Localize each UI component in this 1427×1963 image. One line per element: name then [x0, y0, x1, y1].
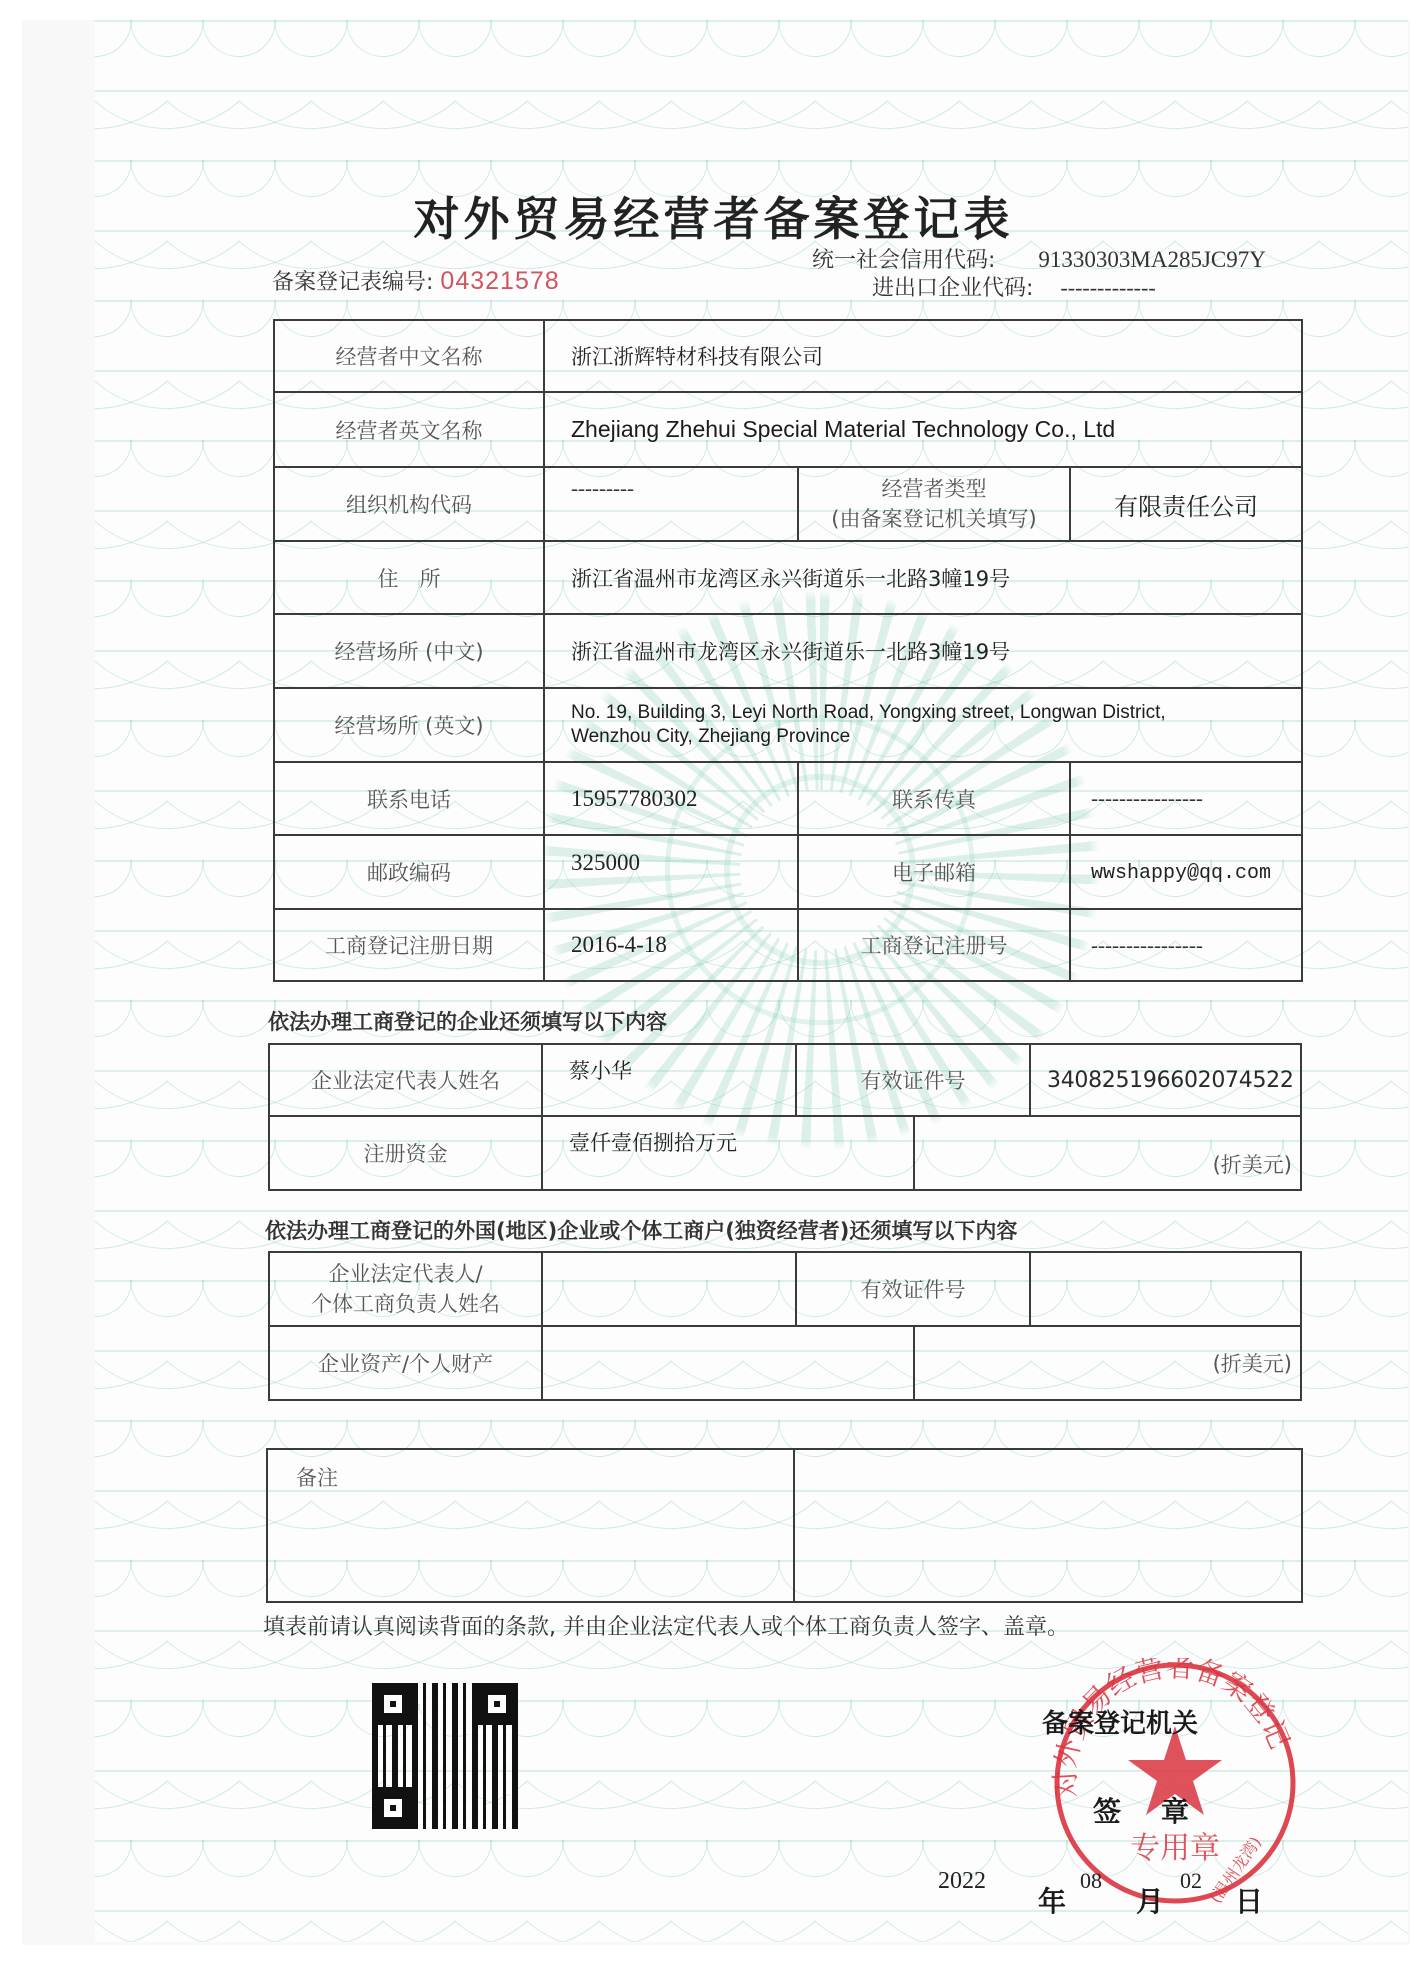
org-code-text: ---------	[571, 476, 634, 500]
chinese-name-label: 经营者中文名称	[274, 320, 544, 392]
email-label: 电子邮箱	[798, 835, 1070, 909]
foreign-rep-label-line2: 个体工商负责人姓名	[270, 1289, 541, 1319]
assets-usd-note: (折美元)	[914, 1326, 1301, 1400]
phone-value: 15957780302	[544, 762, 798, 835]
table-row: 工商登记注册日期 2016-4-18 工商登记注册号 -------------…	[274, 909, 1302, 981]
form-number: 04321578	[440, 267, 559, 295]
reg-date-text: 2016-4-18	[571, 932, 667, 957]
fax-label: 联系传真	[798, 762, 1070, 835]
date-month: 08	[1080, 1868, 1102, 1894]
chinese-name-value: 浙江浙辉特材科技有限公司	[544, 320, 1302, 392]
org-code-value: ---------	[544, 467, 798, 541]
form-number-label: 备案登记表编号:	[272, 270, 433, 295]
foreign-section-heading: 依法办理工商登记的外国(地区)企业或个体工商户(独资经营者)还须填写以下内容	[265, 1215, 1017, 1245]
table-row: 组织机构代码 --------- 经营者类型 (由备案登记机关填写) 有限责任公…	[274, 467, 1302, 541]
date-year: 2022	[938, 1868, 986, 1895]
operator-type-label: 经营者类型 (由备案登记机关填写)	[798, 467, 1070, 541]
form-number-row: 备案登记表编号: 04321578	[272, 265, 560, 296]
date-year-char: 年	[1038, 1880, 1066, 1920]
remarks-value	[794, 1449, 1302, 1602]
foreign-id-label: 有效证件号	[796, 1252, 1030, 1326]
postcode-value: 325000	[544, 835, 798, 909]
residence-label: 住 所	[274, 541, 544, 614]
enterprise-table: 企业法定代表人姓名 蔡小华 有效证件号 340825196602074522 注…	[268, 1043, 1302, 1191]
capital-label: 注册资金	[269, 1116, 542, 1190]
credit-code-label: 统一社会信用代码:	[812, 248, 995, 273]
import-export-code-label: 进出口企业代码:	[872, 276, 1033, 301]
phone-text: 15957780302	[571, 786, 698, 811]
premises-cn-label: 经营场所 (中文)	[274, 614, 544, 688]
email-text: wwshappy@qq.com	[1091, 862, 1271, 885]
legal-rep-id-value: 340825196602074522	[1030, 1044, 1301, 1116]
enterprise-section-heading: 依法办理工商登记的企业还须填写以下内容	[268, 1006, 667, 1036]
table-row: 经营场所 (英文) No. 19, Building 3, Leyi North…	[274, 688, 1302, 762]
premises-en-line2: Wenzhou City, Zhejiang Province	[571, 725, 1301, 749]
table-row: 邮政编码 325000 电子邮箱 wwshappy@qq.com	[274, 835, 1302, 909]
email-value: wwshappy@qq.com	[1070, 835, 1302, 909]
legal-rep-value: 蔡小华	[542, 1044, 796, 1116]
credit-code: 91330303MA285JC97Y	[1038, 247, 1265, 272]
date-day-char: 日	[1235, 1880, 1263, 1920]
postcode-label: 邮政编码	[274, 835, 544, 909]
english-name-label: 经营者英文名称	[274, 392, 544, 467]
table-row: 企业法定代表人姓名 蔡小华 有效证件号 340825196602074522	[269, 1044, 1301, 1116]
remarks-table: 备注	[266, 1448, 1303, 1603]
date-day: 02	[1180, 1868, 1202, 1894]
english-name-text: Zhejiang Zhehui Special Material Technol…	[571, 416, 1115, 442]
capital-usd-note: (折美元)	[914, 1116, 1301, 1190]
foreign-rep-value	[542, 1252, 796, 1326]
instruction-note: 填表前请认真阅读背面的条款, 并由企业法定代表人或个体工商负责人签字、盖章。	[263, 1610, 1069, 1641]
assets-value	[542, 1326, 914, 1400]
fax-value: ----------------	[1070, 762, 1302, 835]
qr-code-icon	[372, 1683, 518, 1829]
fax-text: ----------------	[1091, 786, 1203, 810]
reg-date-value: 2016-4-18	[544, 909, 798, 981]
foreign-rep-label: 企业法定代表人/ 个体工商负责人姓名	[269, 1252, 542, 1326]
premises-en-line1: No. 19, Building 3, Leyi North Road, Yon…	[571, 701, 1301, 725]
seal-label: 签 章	[1093, 1790, 1195, 1830]
english-name-value: Zhejiang Zhehui Special Material Technol…	[544, 392, 1302, 467]
postcode-text: 325000	[571, 850, 640, 875]
operator-type-label-line2: (由备案登记机关填写)	[799, 504, 1069, 534]
legal-rep-id-label: 有效证件号	[796, 1044, 1030, 1116]
assets-label: 企业资产/个人财产	[269, 1326, 542, 1400]
operator-type-value: 有限责任公司	[1070, 467, 1302, 541]
import-export-code: -------------	[1060, 275, 1155, 300]
premises-en-value: No. 19, Building 3, Leyi North Road, Yon…	[544, 688, 1302, 762]
date-month-char: 月	[1136, 1880, 1164, 1920]
residence-value: 浙江省温州市龙湾区永兴街道乐一北路3幢19号	[544, 541, 1302, 614]
legal-rep-label: 企业法定代表人姓名	[269, 1044, 542, 1116]
table-row: 经营场所 (中文) 浙江省温州市龙湾区永兴街道乐一北路3幢19号	[274, 614, 1302, 688]
remarks-label: 备注	[267, 1449, 794, 1602]
main-info-table: 经营者中文名称 浙江浙辉特材科技有限公司 经营者英文名称 Zhejiang Zh…	[273, 319, 1303, 982]
table-row: 企业资产/个人财产 (折美元)	[269, 1326, 1301, 1400]
import-export-code-row: 进出口企业代码: -------------	[872, 271, 1156, 302]
reg-no-text: ----------------	[1091, 933, 1203, 957]
table-row: 经营者英文名称 Zhejiang Zhehui Special Material…	[274, 392, 1302, 467]
premises-en-label: 经营场所 (英文)	[274, 688, 544, 762]
operator-type-label-line1: 经营者类型	[799, 474, 1069, 504]
org-code-label: 组织机构代码	[274, 467, 544, 541]
reg-no-value: ----------------	[1070, 909, 1302, 981]
table-row: 住 所 浙江省温州市龙湾区永兴街道乐一北路3幢19号	[274, 541, 1302, 614]
stamp-bottom-text: 专用章	[1130, 1831, 1220, 1866]
legal-rep-id-text: 340825196602074522	[1047, 1068, 1294, 1093]
table-row: 企业法定代表人/ 个体工商负责人姓名 有效证件号	[269, 1252, 1301, 1326]
table-row: 注册资金 壹仟壹佰捌拾万元 (折美元)	[269, 1116, 1301, 1190]
authority-label: 备案登记机关	[1042, 1703, 1198, 1740]
foreign-rep-label-line1: 企业法定代表人/	[270, 1259, 541, 1289]
table-row: 联系电话 15957780302 联系传真 ----------------	[274, 762, 1302, 835]
reg-no-label: 工商登记注册号	[798, 909, 1070, 981]
foreign-table: 企业法定代表人/ 个体工商负责人姓名 有效证件号 企业资产/个人财产 (折美元)	[268, 1251, 1302, 1401]
capital-value: 壹仟壹佰捌拾万元	[542, 1116, 914, 1190]
credit-code-row: 统一社会信用代码: 91330303MA285JC97Y	[812, 243, 1266, 274]
foreign-id-value	[1030, 1252, 1301, 1326]
reg-date-label: 工商登记注册日期	[274, 909, 544, 981]
phone-label: 联系电话	[274, 762, 544, 835]
table-row: 经营者中文名称 浙江浙辉特材科技有限公司	[274, 320, 1302, 392]
document-title: 对外贸易经营者备案登记表	[0, 183, 1427, 249]
table-row: 备注	[267, 1449, 1302, 1602]
premises-cn-value: 浙江省温州市龙湾区永兴街道乐一北路3幢19号	[544, 614, 1302, 688]
